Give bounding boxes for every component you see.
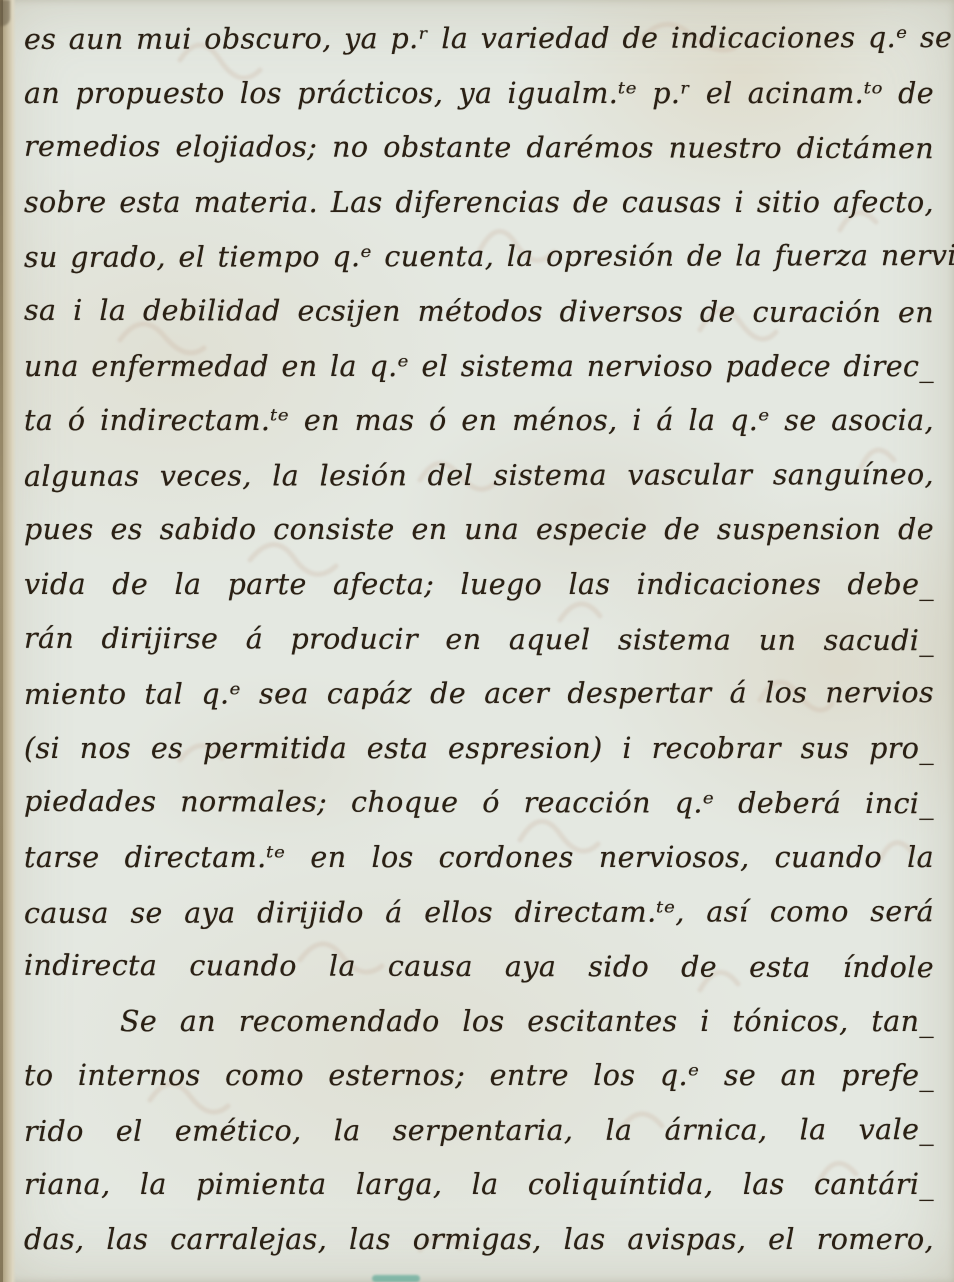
manuscript-line: rán dirijirse á producir en aquel sistem… bbox=[24, 611, 934, 668]
manuscript-line: una enfermedad en la q.ᵉ el sistema nerv… bbox=[24, 340, 934, 395]
manuscript-line-paragraph-start: Se an recomendado los escitantes i tónic… bbox=[24, 995, 934, 1050]
manuscript-line: es aun mui obscuro, ya p.ʳ la variedad d… bbox=[24, 11, 934, 67]
manuscript-line: an propuesto los prácticos, ya igualm.ᵗᵉ… bbox=[24, 67, 934, 122]
green-ink-mark bbox=[372, 1275, 420, 1282]
corner-notch bbox=[0, 0, 10, 26]
binding-edge-shadow bbox=[0, 0, 3, 1282]
manuscript-line: (si nos es permitida esta espresion) i r… bbox=[24, 722, 934, 777]
manuscript-text-block: es aun mui obscuro, ya p.ʳ la variedad d… bbox=[24, 12, 934, 1268]
manuscript-line: to internos como esternos; entre los q.ᵉ… bbox=[24, 1049, 934, 1104]
manuscript-line: su grado, el tiempo q.ᵉ cuenta, la opres… bbox=[24, 229, 934, 285]
manuscript-line: piedades normales; choque ó reacción q.ᵉ… bbox=[24, 775, 934, 832]
manuscript-line: sobre esta materia. Las diferencias de c… bbox=[24, 176, 934, 231]
manuscript-line: riana, la pimienta larga, la coliquíntid… bbox=[24, 1158, 934, 1213]
manuscript-line: das, las carralejas, las ormigas, las av… bbox=[24, 1213, 934, 1268]
manuscript-line: rido el emético, la serpentaria, la árni… bbox=[24, 1103, 934, 1159]
manuscript-line: ta ó indirectam.ᵗᵉ en mas ó en ménos, i … bbox=[24, 394, 934, 449]
manuscript-line: miento tal q.ᵉ sea capáz de acer despert… bbox=[24, 666, 934, 722]
manuscript-page: es aun mui obscuro, ya p.ʳ la variedad d… bbox=[0, 0, 954, 1282]
manuscript-line: indirecta cuando la causa aya sido de es… bbox=[24, 939, 934, 996]
manuscript-line: tarse directam.ᵗᵉ en los cordones nervio… bbox=[24, 831, 934, 886]
manuscript-line: remedios elojiados; no obstante darémos … bbox=[24, 120, 934, 177]
manuscript-line: sa i la debilidad ecsijen métodos divers… bbox=[24, 284, 934, 341]
manuscript-line: causa se aya dirijido á ellos directam.ᵗ… bbox=[24, 885, 934, 941]
manuscript-line: algunas veces, la lesión del sistema vas… bbox=[24, 448, 934, 504]
manuscript-line: pues es sabido consiste en una especie d… bbox=[24, 503, 934, 558]
manuscript-line: vida de la parte afecta; luego las indic… bbox=[24, 558, 934, 613]
